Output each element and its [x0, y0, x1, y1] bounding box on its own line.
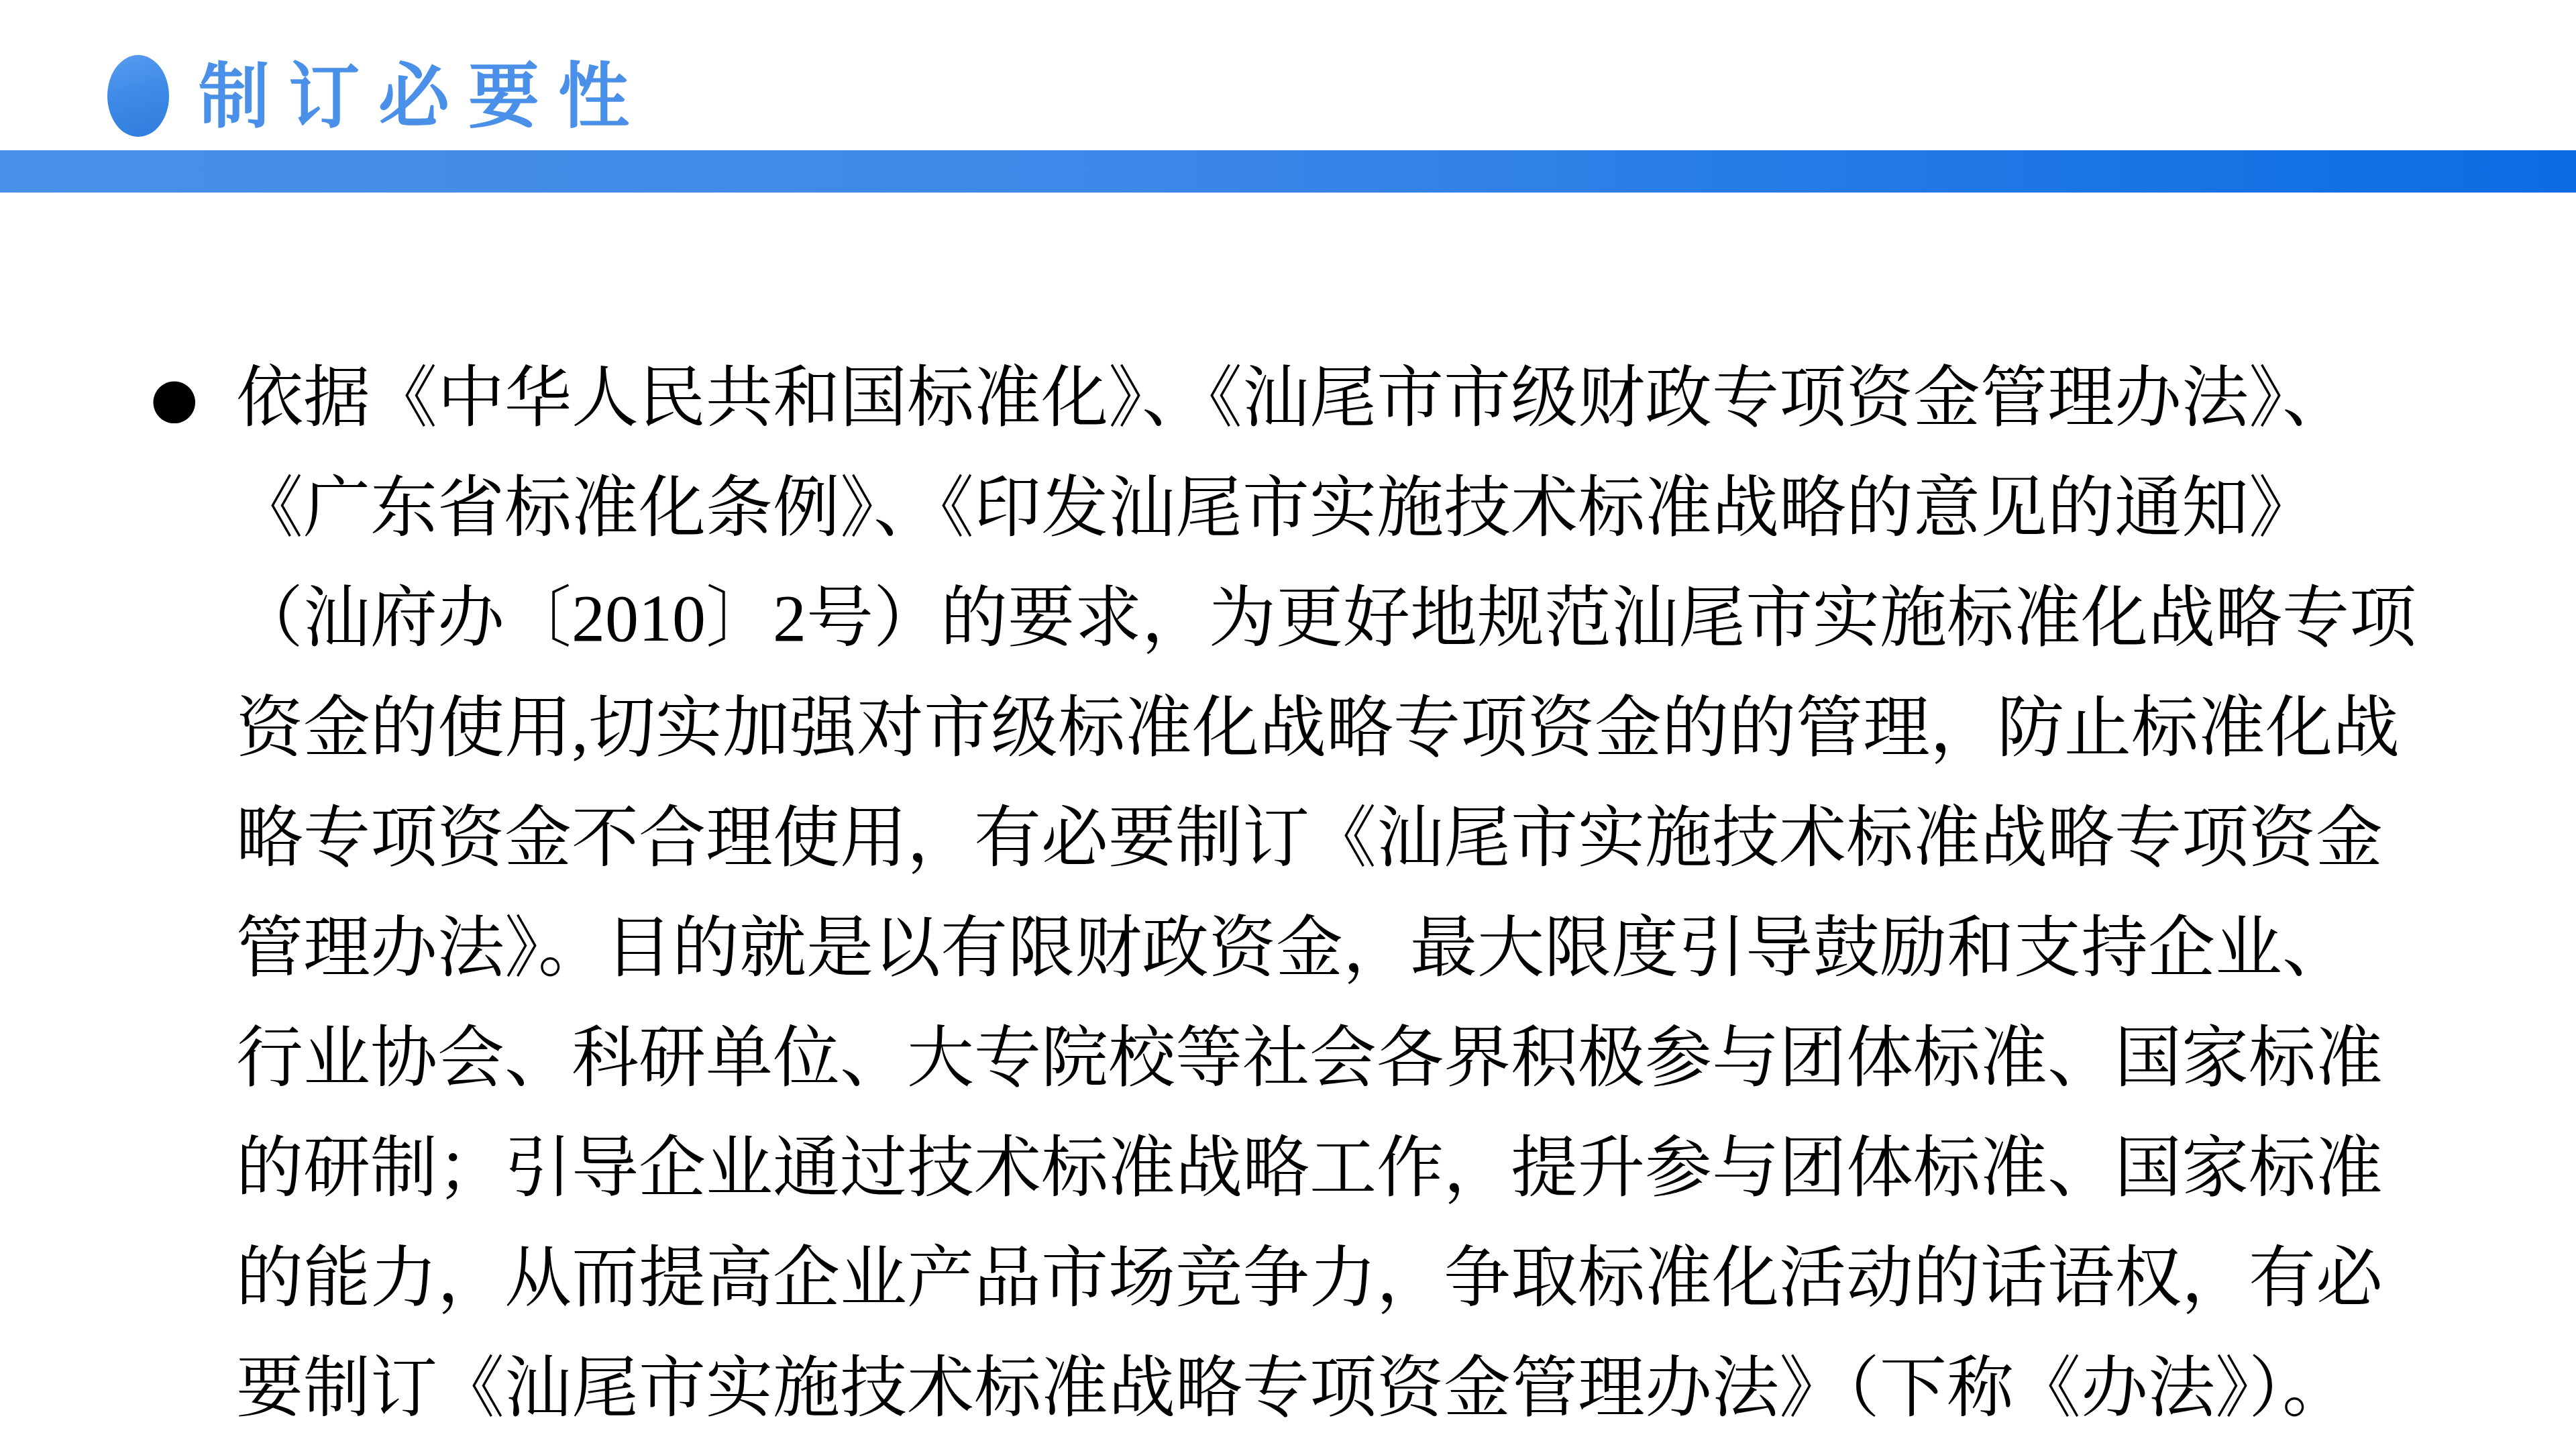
text-line: 资金的使用,切实加强对市级标准化战略专项资金的的管理，防止标准化战 [236, 674, 2423, 784]
paragraph: 依据《中华人民共和国标准化》、《汕尾市市级财政专项资金管理办法》、 《广东省标准… [236, 343, 2423, 1444]
text-line: 的能力，从而提高企业产品市场竞争力，争取标准化活动的话语权，有必 [236, 1224, 2423, 1334]
text-line: 要制订《汕尾市实施技术标准战略专项资金管理办法》（下称《办法》）。 [236, 1334, 2423, 1444]
slide: 制订必要性 ● 依据《中华人民共和国标准化》、《汕尾市市级财政专项资金管理办法》… [0, 0, 2576, 1449]
text-line: 管理办法》。目的就是以有限财政资金，最大限度引导鼓励和支持企业、 [236, 894, 2423, 1004]
ellipse-bullet-icon [107, 55, 169, 137]
list-bullet-icon: ● [150, 343, 199, 453]
text-line: 依据《中华人民共和国标准化》、《汕尾市市级财政专项资金管理办法》、 [236, 343, 2423, 453]
page-title: 制订必要性 [199, 40, 648, 141]
text-line: 行业协会、科研单位、大专院校等社会各界积极参与团体标准、国家标准 [236, 1004, 2423, 1114]
text-line: （汕府办〔2010〕2号）的要求，为更好地规范汕尾市实施标准化战略专项 [236, 563, 2423, 674]
text-line: 《广东省标准化条例》、《印发汕尾市实施技术标准战略的意见的通知》 [236, 453, 2423, 563]
header-divider-bar [0, 150, 2576, 193]
text-line: 略专项资金不合理使用，有必要制订《汕尾市实施技术标准战略专项资金 [236, 784, 2423, 894]
text-line: 的研制；引导企业通过技术标准战略工作，提升参与团体标准、国家标准 [236, 1114, 2423, 1224]
